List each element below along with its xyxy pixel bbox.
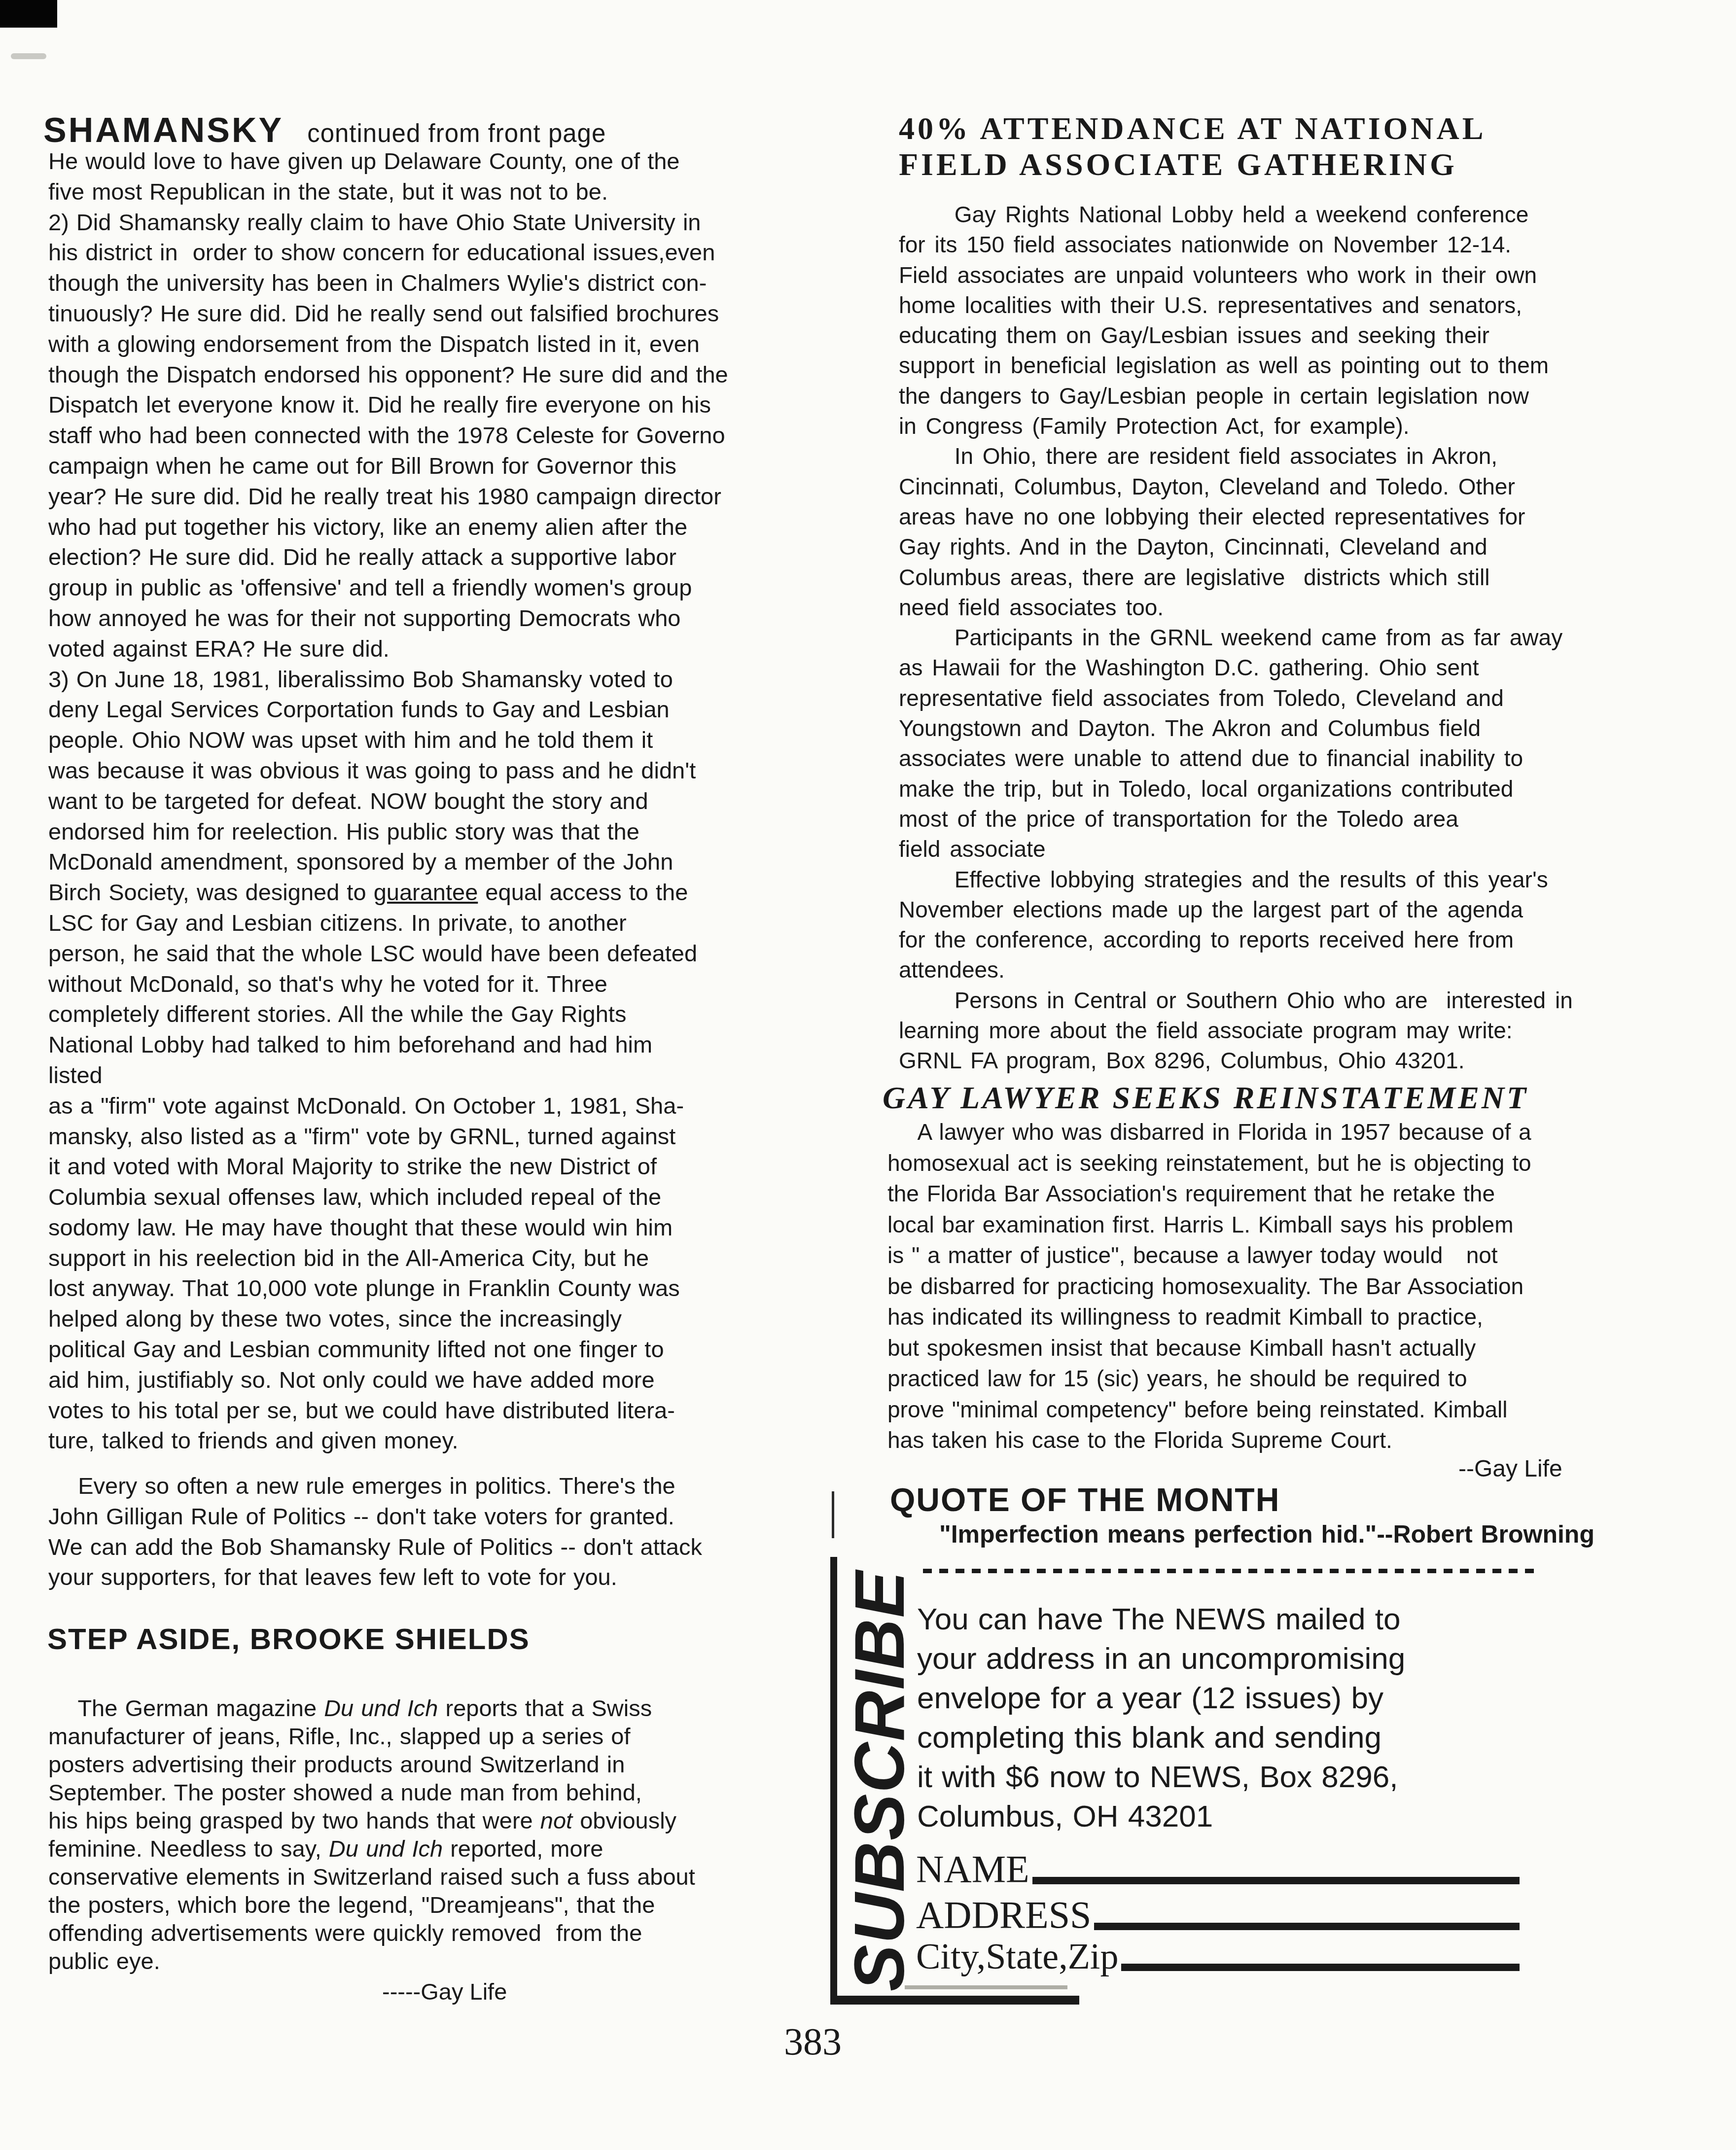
quote-of-the-month-text: "Imperfection means perfection hid."--Ro… [939,1520,1594,1549]
address-field-label: ADDRESS [916,1896,1091,1934]
lawyer-article-byline: --Gay Life [1458,1455,1562,1482]
newsletter-page: SHAMANSKYcontinued from front page He wo… [0,0,1736,2150]
scan-artifact-line [832,1491,834,1538]
subscribe-city-state-zip-field: City,State,Zip [916,1939,1520,1975]
subscribe-box-left-border [830,1557,837,2005]
shamansky-article-body: He would love to have given up Delaware … [48,146,728,1456]
gathering-title-line2: FIELD ASSOCIATE GATHERING [899,146,1486,182]
subscribe-address-field: ADDRESS [916,1896,1520,1934]
name-field-blank-line [1032,1877,1520,1884]
city-state-zip-field-label: City,State,Zip [916,1939,1118,1975]
subscribe-name-field: NAME [916,1850,1520,1888]
quote-of-the-month-title: QUOTE OF THE MONTH [890,1481,1280,1518]
lawyer-article-title: GAY LAWYER SEEKS REINSTATEMENT [883,1080,1528,1116]
page-number: 383 [784,2019,842,2064]
shamansky-title-text: SHAMANSKY [43,111,283,149]
subscribe-vertical-label: SUBSCRIBE [843,1559,917,2003]
gathering-title-line1: 40% ATTENDANCE AT NATIONAL [899,110,1486,146]
city-state-zip-field-blank-line [1121,1964,1520,1971]
brooke-article-title: STEP ASIDE, BROOKE SHIELDS [47,1622,530,1656]
shamansky-article-title: SHAMANSKYcontinued from front page [43,110,606,150]
scan-artifact-faint-line [905,1985,1067,1989]
lawyer-article-body: A lawyer who was disbarred in Florida in… [887,1117,1531,1456]
subscribe-instructions: You can have The NEWS mailed toyour addr… [917,1600,1405,1836]
shamansky-article-closing-paragraph: Every so often a new rule emerges in pol… [48,1471,702,1592]
brooke-article-byline: -----Gay Life [382,1978,507,2005]
brooke-article-body: The German magazine Du und Ich reports t… [48,1694,695,1975]
name-field-label: NAME [916,1850,1029,1888]
gathering-article-body: Gay Rights National Lobby held a weekend… [899,200,1573,1076]
scan-artifact-smudge [11,53,46,59]
address-field-blank-line [1094,1923,1520,1930]
gathering-article-title: 40% ATTENDANCE AT NATIONAL FIELD ASSOCIA… [899,110,1486,182]
shamansky-continuation-note: continued from front page [283,119,606,147]
subscribe-box-dashed-rule [923,1569,1541,1573]
scan-artifact-corner-bar [0,0,57,28]
